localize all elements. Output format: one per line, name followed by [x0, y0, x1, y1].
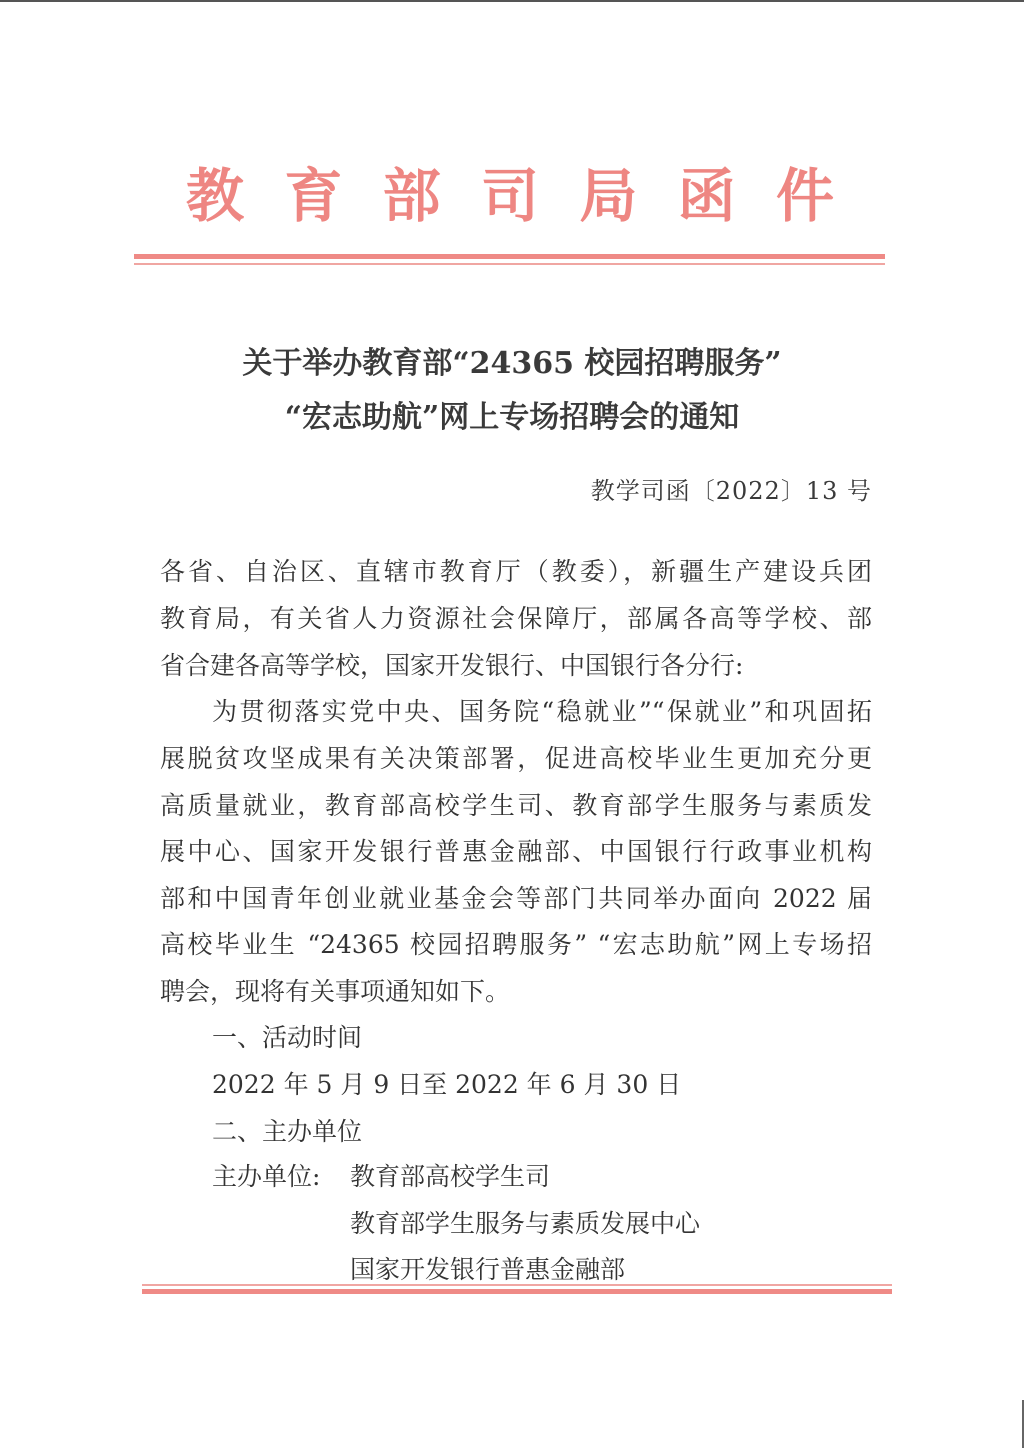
- organizer-item: 教育部高校学生司: [350, 1157, 550, 1193]
- addressee-line: 各省、自治区、直辖市教育厅（教委），新疆生产建设兵团: [160, 552, 872, 588]
- letterhead-char: 教: [186, 167, 244, 225]
- intro-line: 部和中国青年创业就业基金会等部门共同举办面向 2022 届: [160, 879, 872, 915]
- organizer-item: 国家开发银行普惠金融部: [350, 1250, 625, 1286]
- red-rule-top-thick: [134, 254, 885, 259]
- letterhead-char: 部: [383, 167, 441, 225]
- letterhead-char: 司: [481, 167, 539, 225]
- addressee-line: 教育局，有关省人力资源社会保障厅，部属各高等学校、部: [160, 599, 872, 635]
- letterhead-char: 局: [579, 167, 637, 225]
- red-rule-bottom-thick: [142, 1289, 892, 1294]
- addressee-line: 省合建各高等学校，国家开发银行、中国银行各分行:: [160, 646, 743, 682]
- intro-line: 聘会，现将有关事项通知如下。: [160, 972, 510, 1008]
- red-rule-bottom-thin: [142, 1284, 892, 1286]
- document-title-line-2: “宏志助航”网上专场招聘会的通知: [0, 392, 1024, 436]
- intro-line: 高质量就业，教育部高校学生司、教育部学生服务与素质发: [160, 786, 872, 822]
- intro-line: 为贯彻落实党中央、国务院“稳就业”“保就业”和巩固拓: [212, 692, 872, 728]
- letterhead-char: 育: [284, 167, 342, 225]
- letterhead-char: 函: [678, 167, 736, 225]
- scan-edge: [0, 0, 1024, 2]
- letterhead-char: 件: [776, 167, 834, 225]
- red-rule-top-thin: [134, 263, 885, 265]
- organizer-item: 教育部学生服务与素质发展中心: [350, 1204, 700, 1240]
- intro-line: 展中心、国家开发银行普惠金融部、中国银行行政事业机构: [160, 832, 872, 868]
- document-title-line-1: 关于举办教育部“24365 校园招聘服务”: [0, 338, 1024, 382]
- activity-date-range: 2022 年 5 月 9 日至 2022 年 6 月 30 日: [212, 1065, 681, 1101]
- letterhead: 教 育 部 司 局 函 件: [134, 156, 886, 236]
- section-heading-organizers: 二、主办单位: [212, 1112, 362, 1148]
- intro-line: 高校毕业生 “24365 校园招聘服务” “宏志助航”网上专场招: [160, 925, 872, 961]
- organizer-label: 主办单位:: [212, 1157, 320, 1193]
- document-number: 教学司函〔2022〕13 号: [591, 471, 872, 506]
- intro-line: 展脱贫攻坚成果有关决策部署，促进高校毕业生更加充分更: [160, 739, 872, 775]
- section-heading-activity-time: 一、活动时间: [212, 1018, 362, 1054]
